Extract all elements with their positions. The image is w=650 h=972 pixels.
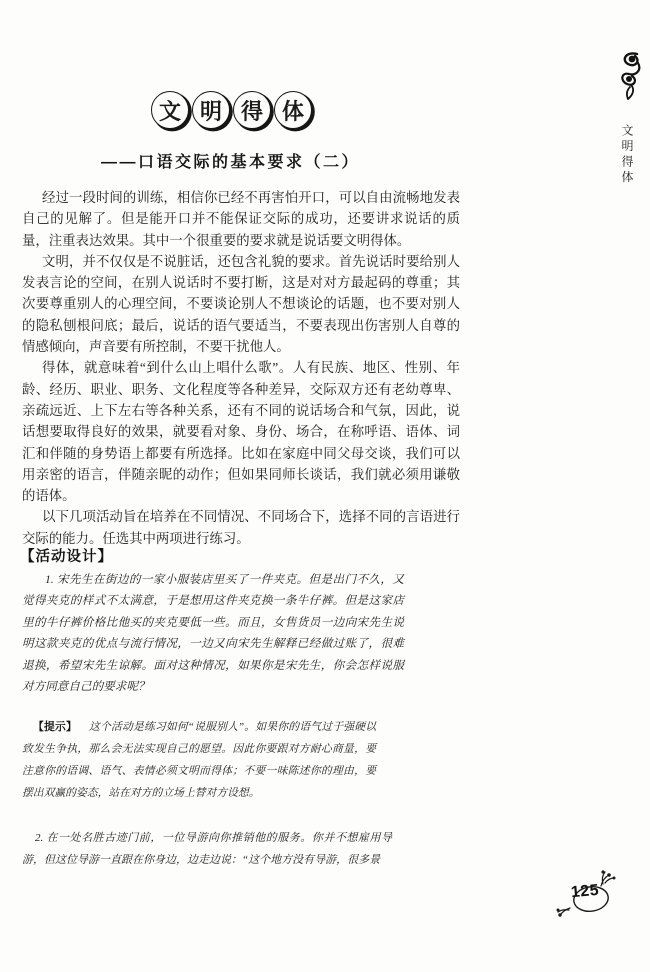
intro-paragraph: 以下几项活动旨在培养在不同情况、不同场合下，选择不同的言语进行交际的能力。任选其… — [22, 506, 460, 549]
page-title: 文 明 得 体 — [151, 91, 312, 129]
title-char-circle: 明 — [192, 91, 230, 129]
hint-label: 【提示】 — [33, 721, 77, 733]
hint-block: 【提示】这个活动是练习如何“说服别人”。如果你的语气过于强硬以致发生争执，那么会… — [22, 717, 376, 805]
intro-paragraph: 得体，就意味着“到什么山上唱什么歌”。人有民族、地区、性别、年龄、经历、职业、职… — [22, 357, 460, 506]
activity-1-text: 1. 宋先生在街边的一家小服装店里买了一件夹克。但是出门不久，又觉得夹克的样式不… — [22, 569, 404, 697]
textbook-page: 文 明 得 体 ——口语交际的基本要求（二） 经过一段时间的训练，相信你已经不再… — [0, 0, 650, 972]
page-number: 125 — [570, 882, 600, 902]
activity-2-text: 2. 在一处名胜古迹门前，一位导游向你推销他的服务。你并不想雇用导游，但这位导游… — [22, 827, 392, 871]
floral-scroll-icon — [616, 50, 646, 102]
title-char-circle: 得 — [233, 91, 271, 129]
side-margin-label: 文明得体 — [619, 124, 636, 186]
title-char-circle: 体 — [274, 91, 312, 129]
intro-paragraph: 文明，并不仅仅是不说脏话，还包含礼貌的要求。首先说话时要给别人发表言论的空间，在… — [22, 251, 460, 357]
activity-1-paragraph: 1. 宋先生在街边的一家小服装店里买了一件夹克。但是出门不久，又觉得夹克的样式不… — [22, 569, 404, 697]
intro-paragraph: 经过一段时间的训练，相信你已经不再害怕开口，可以自由流畅地发表自己的见解了。但是… — [22, 187, 460, 251]
section-header-activity-design: 【活动设计】 — [20, 545, 113, 566]
hint-paragraph: 【提示】这个活动是练习如何“说服别人”。如果你的语气过于强硬以致发生争执，那么会… — [22, 717, 376, 805]
intro-text-block: 经过一段时间的训练，相信你已经不再害怕开口，可以自由流畅地发表自己的见解了。但是… — [22, 187, 460, 549]
activity-2-paragraph: 2. 在一处名胜古迹门前，一位导游向你推销他的服务。你并不想雇用导游，但这位导游… — [22, 827, 392, 871]
page-subtitle: ——口语交际的基本要求（二） — [101, 149, 360, 172]
title-char-circle: 文 — [151, 91, 189, 129]
page-number-block: 125 — [554, 868, 624, 924]
